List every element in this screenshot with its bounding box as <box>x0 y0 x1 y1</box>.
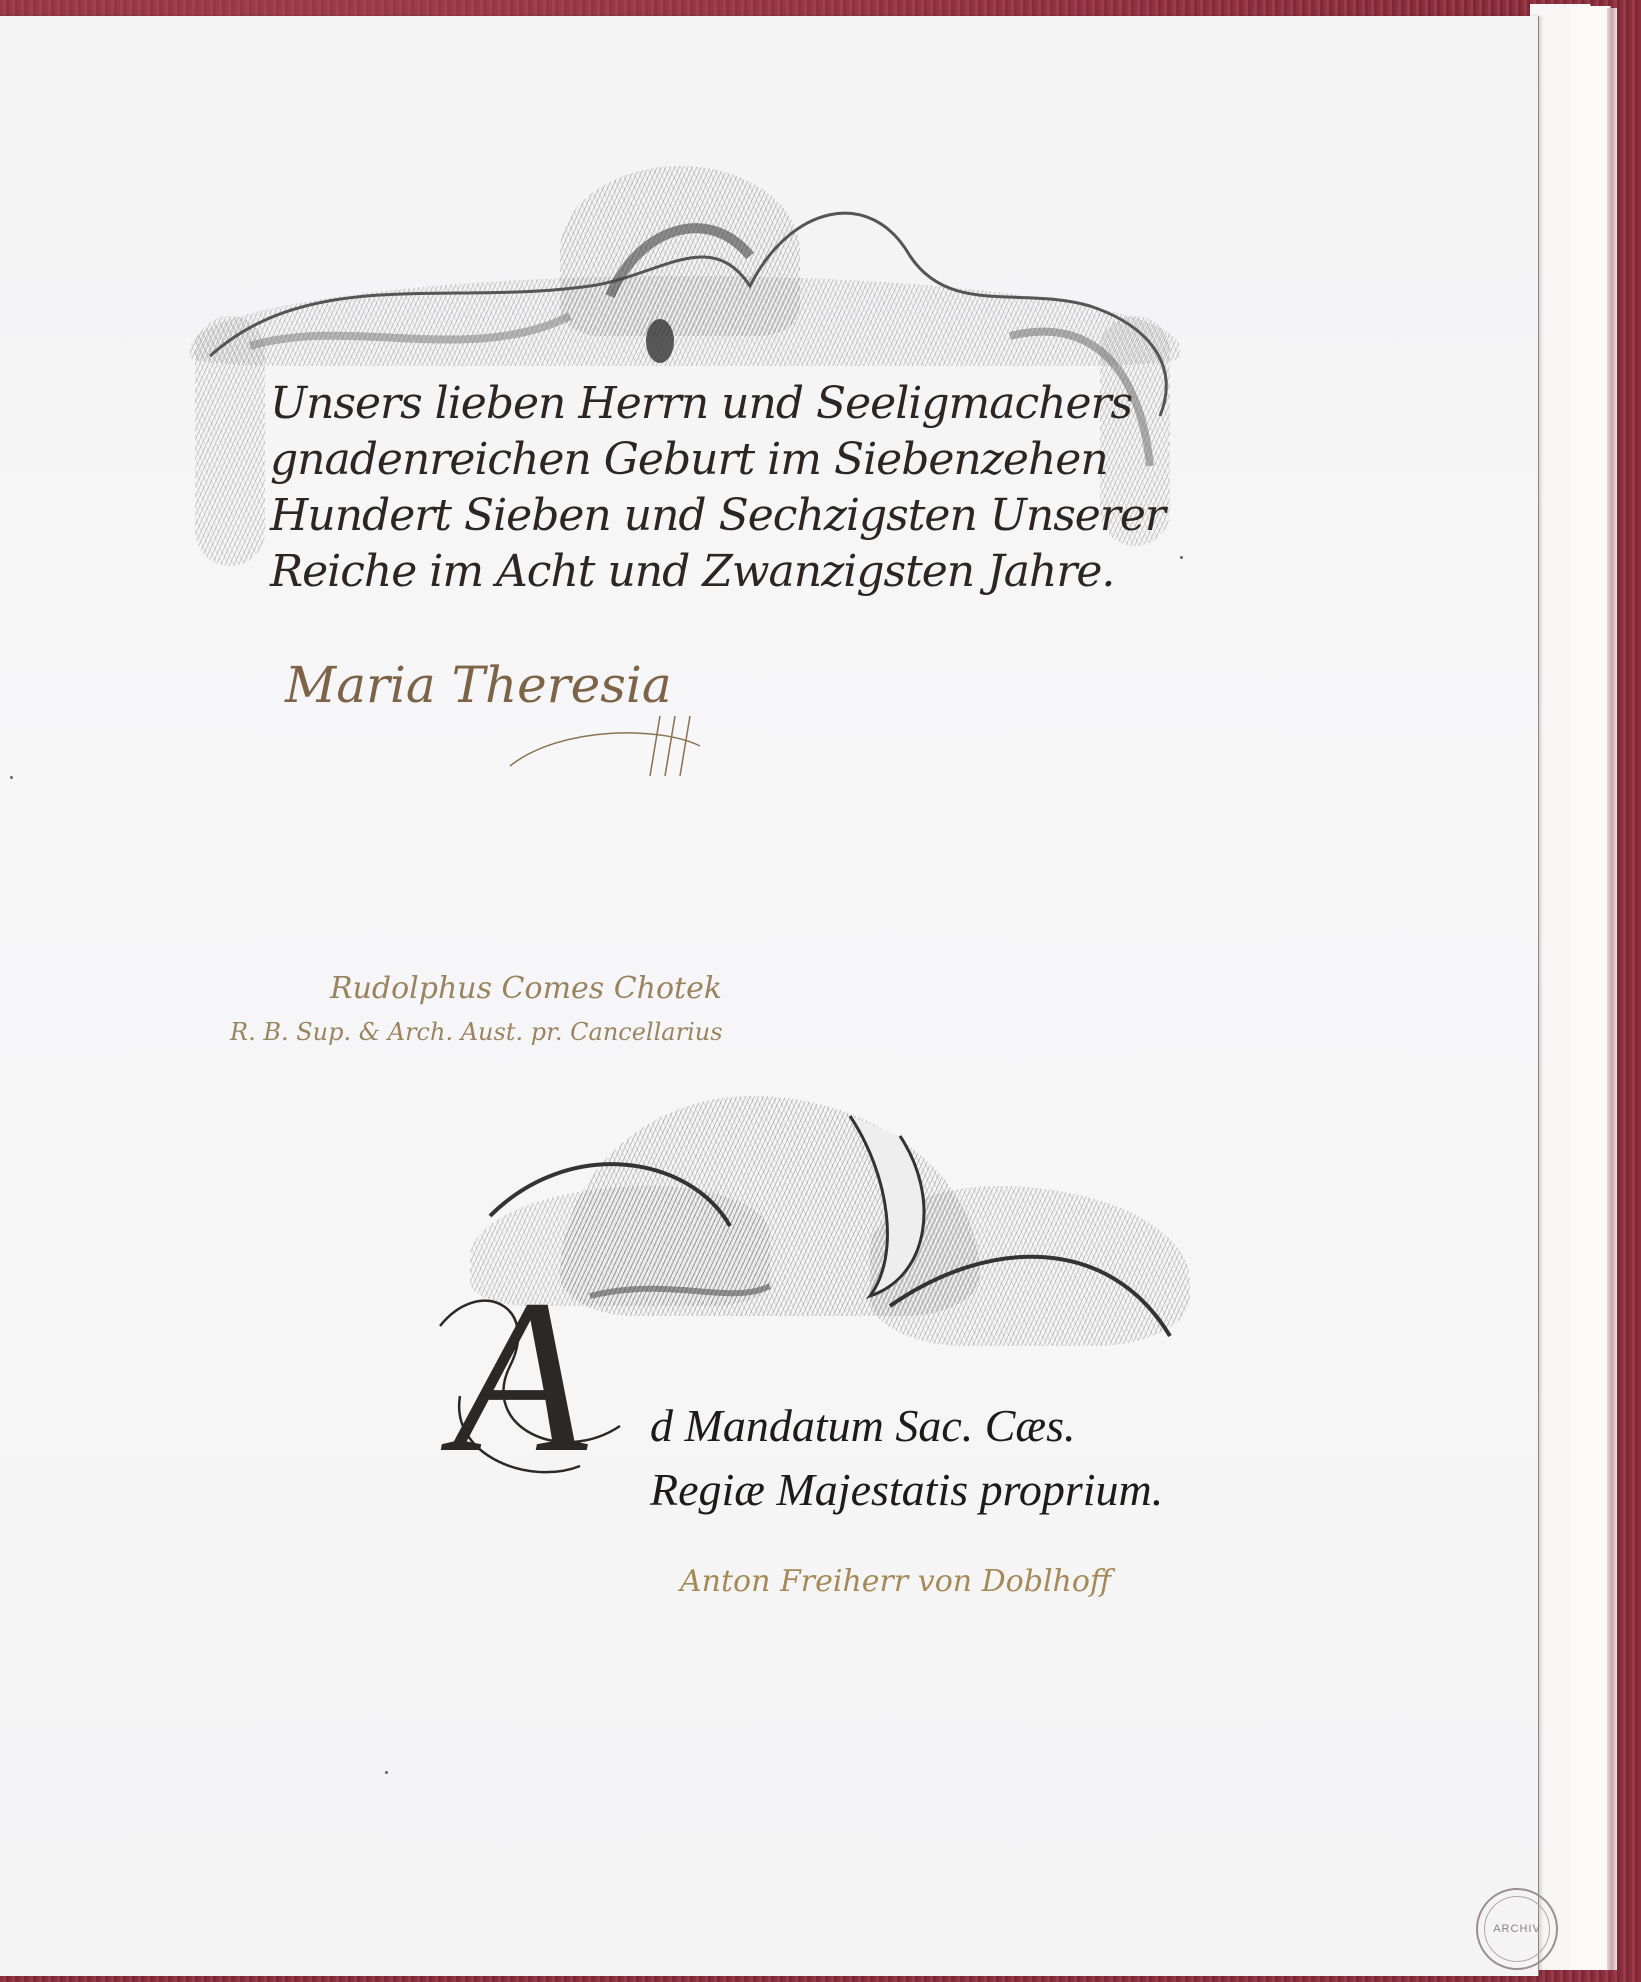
signature-flourish-icon <box>500 706 720 786</box>
latin-mandate-text: d Mandatum Sac. Cæs. Regiæ Majestatis pr… <box>650 1394 1163 1522</box>
chancellor-title: R. B. Sup. & Arch. Aust. pr. Cancellariu… <box>230 1018 723 1046</box>
archive-stamp: ARCHIV <box>1476 1888 1558 1970</box>
manuscript-page: Unsers lieben Herrn und Seeligmachers gn… <box>0 16 1539 1976</box>
secretary-signature: Anton Freiherr von Doblhoff <box>680 1564 1111 1599</box>
initial-flourish-icon <box>420 1246 660 1496</box>
german-line: gnadenreichen Geburt im Siebenzehen <box>270 432 1100 488</box>
german-line: Hundert Sieben und Sechzigsten Unserer <box>270 488 1100 544</box>
page-edge <box>1570 6 1611 1970</box>
german-line: Unsers lieben Herrn und Seeligmachers <box>270 376 1100 432</box>
binding-fray <box>1607 8 1617 1970</box>
german-line: Reiche im Acht und Zwanzigsten Jahre. <box>270 544 1100 600</box>
chancellor-signature: Rudolphus Comes Chotek <box>330 971 722 1006</box>
latin-line: Regiæ Majestatis proprium. <box>650 1458 1163 1522</box>
german-dating-clause: Unsers lieben Herrn und Seeligmachers gn… <box>270 376 1100 600</box>
latin-line: d Mandatum Sac. Cæs. <box>650 1394 1163 1458</box>
